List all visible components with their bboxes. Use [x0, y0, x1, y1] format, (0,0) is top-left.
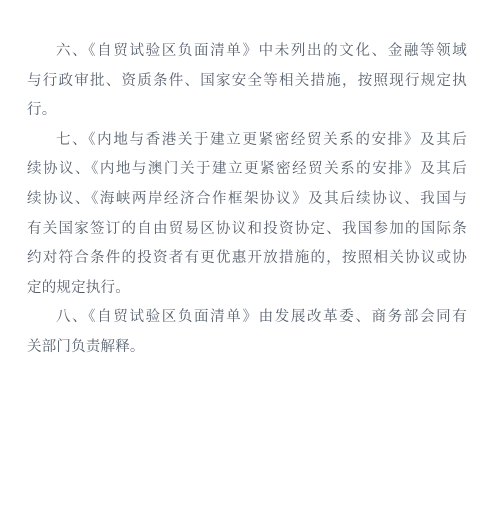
text-line-clause-8-start: 八、《自贸试验区负面清单》由发展改革委、商务部会同有 — [27, 303, 467, 333]
text-line-clause-7-end: 定的规定执行。 — [27, 274, 467, 304]
text-line: 有关国家签订的自由贸易区协议和投资协定、我国参加的国际条 — [27, 215, 467, 245]
text-line-clause-6-start: 六、《自贸试验区负面清单》中未列出的文化、金融等领域 — [27, 37, 467, 67]
text-line: 续协议、《内地与澳门关于建立更紧密经贸关系的安排》及其后 — [27, 155, 467, 185]
text-line: 与行政审批、资质条件、国家安全等相关措施，按照现行规定执 — [27, 67, 467, 97]
text-line: 约对符合条件的投资者有更优惠开放措施的，按照相关协议或协 — [27, 244, 467, 274]
text-line-clause-6-end: 行。 — [27, 96, 467, 126]
text-line-clause-8-end: 关部门负责解释。 — [27, 333, 467, 363]
text-line: 续协议、《海峡两岸经济合作框架协议》及其后续协议、我国与 — [27, 185, 467, 215]
document-text-block: 六、《自贸试验区负面清单》中未列出的文化、金融等领域 与行政审批、资质条件、国家… — [27, 37, 467, 363]
document-page: 六、《自贸试验区负面清单》中未列出的文化、金融等领域 与行政审批、资质条件、国家… — [0, 0, 483, 527]
text-line-clause-7-start: 七、《内地与香港关于建立更紧密经贸关系的安排》及其后 — [27, 126, 467, 156]
